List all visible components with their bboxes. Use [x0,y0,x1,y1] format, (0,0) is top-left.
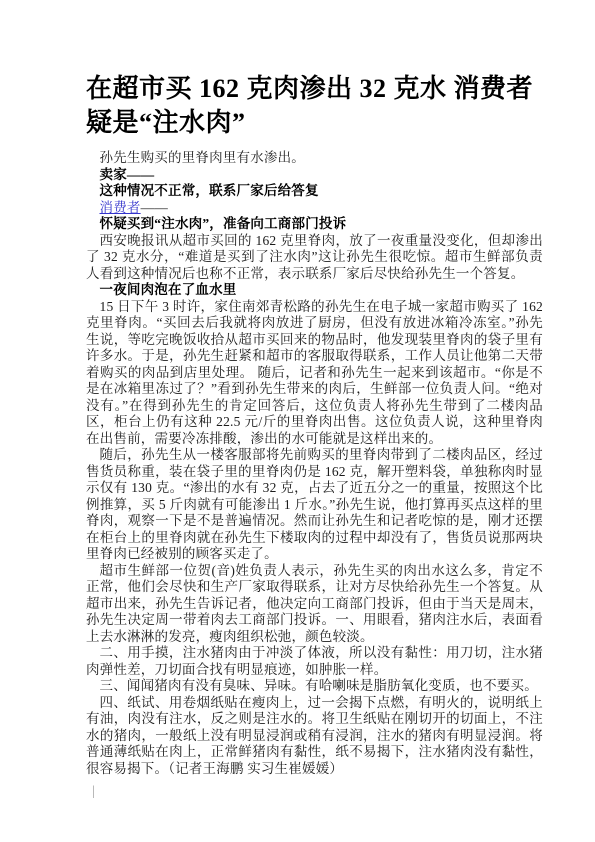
paragraph-3: 超市生鲜部一位贺(音)姓负责人表示，孙先生买的肉出水这么多，肯定不正常，他们会尽… [86,563,543,646]
section-heading: 一夜间肉泡在了血水里 [86,282,543,299]
paragraph-2: 随后，孙先生从一楼客服部将先前购买的里脊肉带到了二楼肉品区，经过售货员称重，装在… [86,447,543,563]
consumer-statement: 怀疑买到“注水肉”，准备向工商部门投诉 [86,216,543,233]
article-page: 在超市买 162 克肉渗出 32 克水 消费者疑是“注水肉” 孙先生购买的里脊肉… [0,0,595,842]
lead-paragraph: 西安晚报讯从超市买回的 162 克里脊肉，放了一夜重量没变化，但却渗出了 32 … [86,233,543,283]
cursor-line: | [86,783,543,799]
paragraph-6: 四、纸试、用卷烟纸贴在瘦肉上，过一会揭下点燃，有明火的，说明纸上有油，肉没有注水… [86,695,543,778]
seller-statement: 这种情况不正常，联系厂家后给答复 [86,183,543,200]
paragraph-1: 15 日下午 3 时许，家住南郊青松路的孙先生在电子城一家超市购买了 162 克… [86,299,543,448]
text-cursor[interactable]: | [92,783,95,798]
consumer-line: 消费者—— [86,200,543,217]
paragraph-4: 二、用手摸，注水猪肉由于冲淡了体液，所以没有黏性：用刀切，注水猪肉弹性差，刀切面… [86,645,543,678]
photo-caption: 孙先生购买的里脊肉里有水渗出。 [86,150,543,167]
paragraph-5: 三、闻闻猪肉有没有臭味、异味。有哈喇味是脂肪氧化变质，也不要买。 [86,678,543,695]
consumer-link[interactable]: 消费者 [100,200,141,215]
seller-label: 卖家—— [86,167,543,184]
article-title: 在超市买 162 克肉渗出 32 克水 消费者疑是“注水肉” [86,72,543,140]
consumer-dash: —— [141,200,168,215]
